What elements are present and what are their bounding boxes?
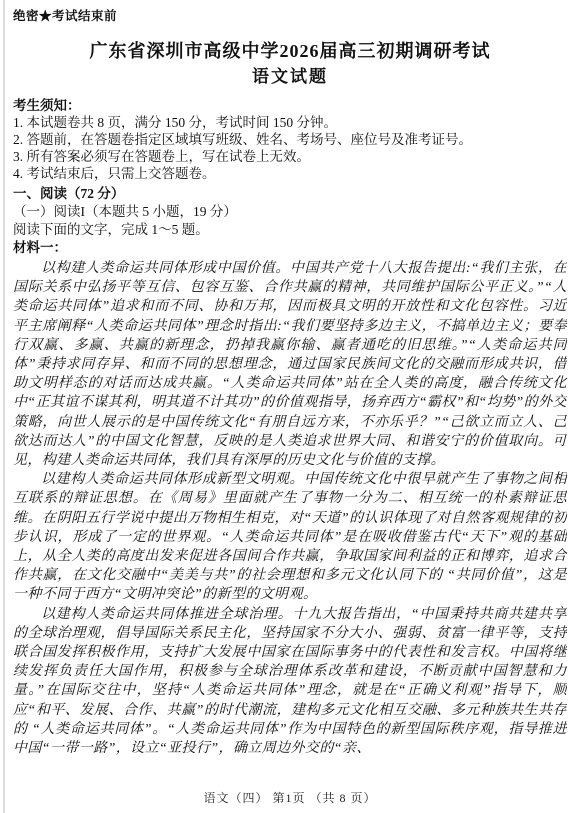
page-footer: 语文（四） 第1页 （共 8 页） — [0, 791, 580, 806]
candidate-notice: 考生须知： 1. 本试题卷共 8 页，满分 150 分，考试时间 150 分钟。… — [13, 97, 567, 182]
notice-item: 4. 考试结束后，只需上交答题卷。 — [13, 165, 567, 182]
material-paragraph: 以建构人类命运共同体推进全球治理。十九大报告指出，“中国秉持共商共建共享的全球治… — [13, 605, 567, 759]
exam-subtitle: 语文试题 — [13, 64, 567, 90]
notice-item: 2. 答题前，在答题卷指定区域填写班级、姓名、考场号、座位号及准考证号。 — [13, 131, 567, 148]
reading-instruction: 阅读下面的文字，完成 1～5 题。 — [13, 221, 567, 239]
material-paragraph: 以建构人类命运共同体形成新型文明观。中国传统文化中很早就产生了事物之间相互联系的… — [13, 470, 567, 604]
material-paragraph: 以构建人类命运共同体形成中国价值。中国共产党十八大报告提出:“我们主张，在国际关… — [13, 259, 567, 470]
exam-title: 广东省深圳市高级中学2026届高三初期调研考试 — [13, 38, 567, 64]
notice-heading: 考生须知： — [13, 97, 567, 114]
classification-banner: 绝密★考试结束前 — [13, 8, 567, 24]
scan-edge-artifact — [3, 0, 5, 813]
subsection-heading-reading1: （一）阅读I（本题共 5 小题，19 分） — [13, 203, 567, 221]
notice-item: 1. 本试题卷共 8 页，满分 150 分，考试时间 150 分钟。 — [13, 114, 567, 131]
material-one-body: 以构建人类命运共同体形成中国价值。中国共产党十八大报告提出:“我们主张，在国际关… — [13, 259, 567, 783]
exam-paper-page: 绝密★考试结束前 广东省深圳市高级中学2026届高三初期调研考试 语文试题 考生… — [0, 0, 580, 813]
material-one-label: 材料一： — [13, 239, 567, 257]
section-heading-reading: 一、阅读（72 分） — [13, 185, 567, 203]
notice-item: 3. 所有答案必须写在答题卷上，写在试卷上无效。 — [13, 148, 567, 165]
